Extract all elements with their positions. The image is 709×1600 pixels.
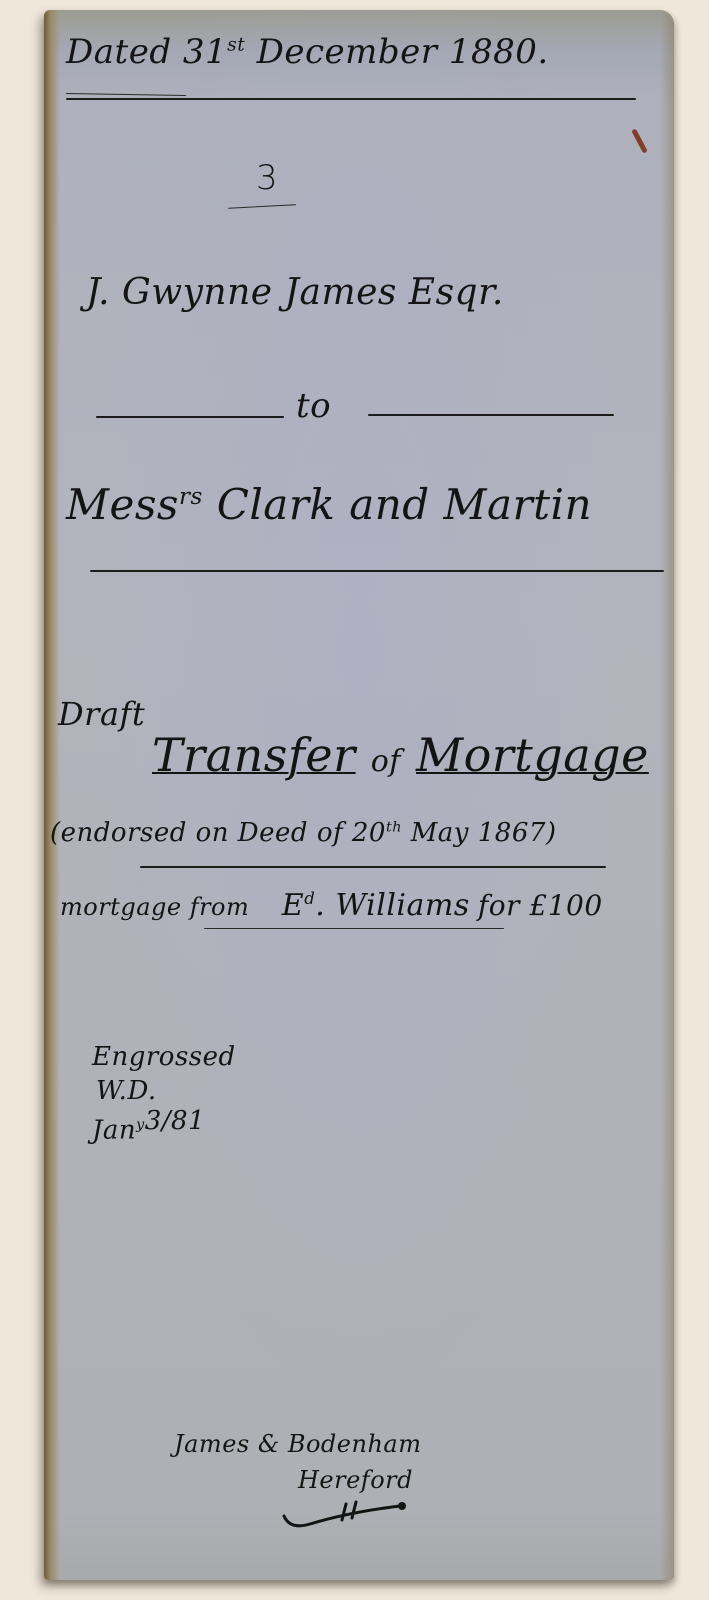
header-underline <box>66 98 636 100</box>
document-title: Transfer of Mortgage <box>152 728 649 782</box>
mortgage-underline <box>204 928 504 929</box>
party-to: Messrs Clark and Martin <box>66 480 592 529</box>
party-from: J. Gwynne James Esqr. <box>86 272 504 313</box>
mortgagor-initial-sup: d <box>304 889 315 908</box>
engrossed-annotation: Engrossed W.D. Jany3/81 <box>92 1040 236 1148</box>
endorsement-underline <box>140 866 606 868</box>
sheet-number-underline <box>228 204 296 209</box>
connector-to: to <box>296 386 331 426</box>
document-cover: Dated 31st December 1880. 3 J. Gwynne Ja… <box>44 10 674 1580</box>
mortgagor-surname: . Williams <box>315 888 470 923</box>
dated-prefix: Dated <box>66 32 172 72</box>
endorsement-sup: th <box>386 819 402 835</box>
mortgagor-name: Ed. Williams <box>282 888 470 923</box>
mortgage-from: mortgage from <box>60 893 249 921</box>
title-transfer: Transfer <box>152 728 356 782</box>
annotation-month: Jan <box>92 1116 136 1146</box>
party-to-prefix: Mess <box>66 480 179 529</box>
party-to-names: Clark and Martin <box>217 480 592 529</box>
title-mortgage: Mortgage <box>416 728 649 782</box>
dated-rest: December 1880. <box>257 32 549 72</box>
connector-rule-left <box>96 416 284 418</box>
endorsement-post: May 1867) <box>411 818 557 848</box>
header-underline-thin <box>66 93 186 96</box>
solicitors-firm: James & Bodenham <box>174 1430 421 1458</box>
connector-rule-right <box>368 414 614 416</box>
title-of: of <box>371 744 401 779</box>
party-to-prefix-sup: rs <box>179 484 203 510</box>
dated-day: 31 <box>183 32 227 72</box>
draft-label: Draft <box>58 695 145 733</box>
dated-header: Dated 31st December 1880. <box>66 32 549 72</box>
solicitors-place: Hereford <box>298 1466 413 1494</box>
endorsement-line: (endorsed on Deed of 20th May 1867) <box>50 818 557 848</box>
annotation-day-year: 3/81 <box>145 1106 205 1136</box>
mortgagor-initial: E <box>282 888 304 923</box>
sheet-number: 3 <box>256 158 278 198</box>
ink-stain <box>631 128 648 153</box>
flourish-icon <box>280 1498 420 1532</box>
annotation-date: Jany3/81 <box>92 1108 236 1148</box>
mortgage-line: mortgage from Ed. Williams for £100 <box>60 888 603 923</box>
dated-day-suffix: st <box>227 35 245 56</box>
party-to-underline <box>90 570 664 572</box>
annotation-initials: W.D. <box>92 1074 236 1108</box>
annotation-month-sup: y <box>136 1117 145 1133</box>
annotation-engrossed: Engrossed <box>92 1040 236 1074</box>
endorsement-pre: (endorsed on Deed of 20 <box>50 818 386 848</box>
mortgage-amount: for £100 <box>478 889 603 922</box>
